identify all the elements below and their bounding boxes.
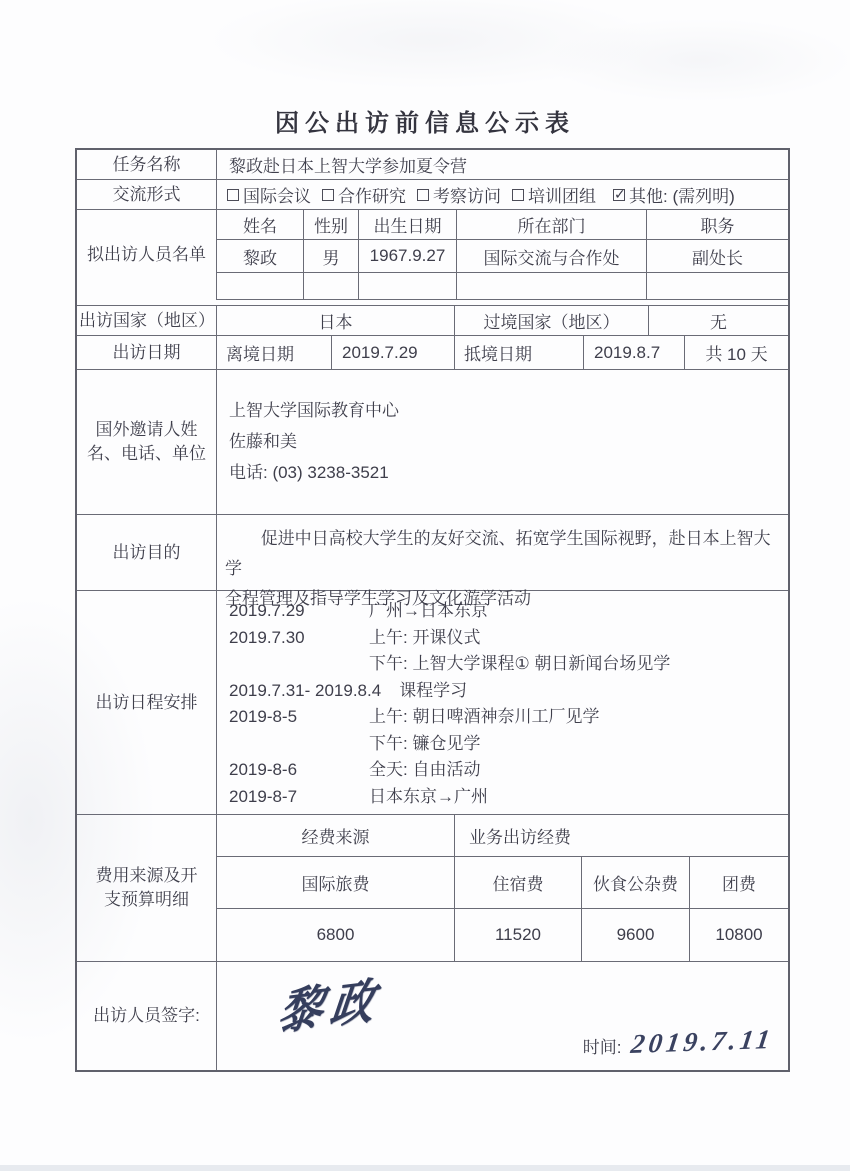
budget-label: 费用来源及开支预算明细 — [77, 815, 217, 961]
inviter-phone: 电话: (03) 3238-3521 — [229, 462, 788, 484]
col-header-department: 所在部门 — [457, 210, 647, 239]
personnel-label: 拟出访人员名单 — [77, 210, 217, 300]
visit-dates-label: 出访日期 — [77, 336, 217, 369]
duration-value: 共 10 天 — [685, 336, 788, 369]
budget-value-row: 6800 11520 9600 10800 — [217, 909, 788, 961]
person-gender: 男 — [304, 240, 359, 272]
itinerary-date — [229, 651, 351, 678]
itinerary-entry: 2019.7.29 广州→日本东京 — [229, 598, 788, 625]
itinerary-activity: 上午: 朝日啤酒神奈川工厂见学 — [369, 704, 599, 731]
itinerary-entry: 2019.7.30 上午: 开课仪式 — [229, 625, 788, 652]
empty-cell — [217, 273, 304, 299]
itinerary-date: 2019.7.30 — [229, 625, 351, 652]
inviter-info: 上智大学国际教育中心 佐藤和美 电话: (03) 3238-3521 — [217, 370, 788, 514]
row-itinerary: 出访日程安排 2019.7.29 广州→日本东京 2019.7.30 上午: 开… — [77, 591, 788, 815]
budget-type-header: 业务出访经费 — [455, 815, 788, 857]
purpose-text: 促进中日高校大学生的友好交流、拓宽学生国际视野，赴日本上智大学 全程管理及指导学… — [217, 515, 788, 590]
checkbox-unchecked-icon — [417, 189, 429, 201]
time-label: 时间: — [583, 1033, 622, 1058]
personnel-header-row: 姓名 性别 出生日期 所在部门 职务 — [217, 210, 788, 240]
time-handwritten-value: 2019.7.11 — [629, 1024, 776, 1060]
empty-cell — [304, 273, 359, 299]
transit-country-value: 无 — [649, 306, 788, 335]
budget-cat-meals: 伙食公杂费 — [582, 857, 690, 909]
inviter-name: 佐藤和美 — [229, 431, 788, 453]
personnel-table: 姓名 性别 出生日期 所在部门 职务 黎政 男 1967.9.27 国际交流与合… — [217, 210, 788, 300]
budget-cat-international-travel: 国际旅费 — [217, 857, 455, 909]
destination-country-value: 日本 — [217, 306, 455, 335]
task-name-value: 黎政赴日本上智大学参加夏令营 — [217, 150, 788, 179]
option-other: 其他: (需列明) — [613, 182, 735, 207]
col-header-gender: 性别 — [304, 210, 359, 239]
exchange-type-label: 交流形式 — [77, 180, 217, 209]
itinerary-entry: 下午: 镰仓见学 — [229, 731, 788, 758]
budget-val-accommodation: 11520 — [455, 909, 582, 961]
person-birthdate: 1967.9.27 — [359, 240, 457, 272]
row-countries: 出访国家（地区） 日本 过境国家（地区） 无 — [77, 306, 788, 336]
row-personnel: 拟出访人员名单 姓名 性别 出生日期 所在部门 职务 黎政 男 1967.9.2… — [77, 210, 788, 306]
page-title: 因公出访前信息公示表 — [0, 103, 850, 138]
itinerary-list: 2019.7.29 广州→日本东京 2019.7.30 上午: 开课仪式 下午:… — [217, 591, 788, 814]
inviter-label: 国外邀请人姓名、电话、单位 — [77, 370, 217, 514]
row-signature: 出访人员签字: 黎政 时间: 2019.7.11 — [77, 962, 788, 1070]
itinerary-activity: 全天: 自由活动 — [369, 757, 480, 784]
budget-header-row: 经费来源 业务出访经费 — [217, 815, 788, 857]
itinerary-entry: 2019.7.31- 2019.8.4 课程学习 — [229, 678, 788, 705]
itinerary-activity: 上午: 开课仪式 — [369, 625, 480, 652]
exchange-options: 国际会议 合作研究 考察访问 培训团组 其他: (需列明) — [217, 180, 788, 209]
budget-category-row: 国际旅费 住宿费 伙食公杂费 团费 — [217, 857, 788, 909]
arrival-date-label: 抵境日期 — [455, 336, 584, 369]
option-label: 国际会议 — [243, 182, 311, 207]
dates-cells: 离境日期 2019.7.29 抵境日期 2019.8.7 共 10 天 — [217, 336, 788, 369]
row-exchange-type: 交流形式 国际会议 合作研究 考察访问 培训团组 — [77, 180, 788, 210]
budget-source-header: 经费来源 — [217, 815, 455, 857]
signature-area: 黎政 时间: 2019.7.11 — [217, 962, 788, 1070]
departure-date-value: 2019.7.29 — [332, 336, 455, 369]
arrival-date-value: 2019.8.7 — [584, 336, 685, 369]
empty-cell — [647, 273, 788, 299]
person-position: 副处长 — [647, 240, 788, 272]
signature-label: 出访人员签字: — [77, 962, 217, 1070]
option-label: 合作研究 — [338, 182, 406, 207]
empty-cell — [457, 273, 647, 299]
itinerary-activity: 日本东京→广州 — [369, 784, 488, 811]
checkbox-unchecked-icon — [322, 189, 334, 201]
purpose-line: 促进中日高校大学生的友好交流、拓宽学生国际视野，赴日本上智大学 — [225, 524, 778, 584]
form-table: 任务名称 黎政赴日本上智大学参加夏令营 交流形式 国际会议 合作研究 考察访问 — [75, 148, 790, 1072]
countries-cells: 日本 过境国家（地区） 无 — [217, 306, 788, 335]
person-name: 黎政 — [217, 240, 304, 272]
checkbox-checked-icon — [613, 189, 625, 201]
itinerary-entry: 2019-8-5 上午: 朝日啤酒神奈川工厂见学 — [229, 704, 788, 731]
col-header-name: 姓名 — [217, 210, 304, 239]
col-header-birthdate: 出生日期 — [359, 210, 457, 239]
scanned-form-page: 因公出访前信息公示表 任务名称 黎政赴日本上智大学参加夏令营 交流形式 国际会议… — [0, 0, 850, 1171]
option-label: 考察访问 — [433, 182, 501, 207]
checkbox-unchecked-icon — [227, 189, 239, 201]
budget-val-group-fee: 10800 — [690, 909, 788, 961]
scan-edge-artifact — [0, 1165, 850, 1171]
itinerary-activity: 课程学习 — [399, 678, 467, 705]
itinerary-activity: 下午: 上智大学课程① 朝日新闻台场见学 — [369, 651, 670, 678]
budget-val-meals: 9600 — [582, 909, 690, 961]
departure-date-label: 离境日期 — [217, 336, 332, 369]
row-task-name: 任务名称 黎政赴日本上智大学参加夏令营 — [77, 150, 788, 180]
signature-time: 时间: 2019.7.11 — [583, 1029, 772, 1060]
itinerary-activity: 下午: 镰仓见学 — [369, 731, 480, 758]
personnel-empty-row — [217, 273, 788, 300]
option-label: 其他: (需列明) — [629, 182, 735, 207]
itinerary-date: 2019.7.31- 2019.8.4 — [229, 678, 381, 705]
itinerary-date: 2019-8-5 — [229, 704, 351, 731]
transit-country-label: 过境国家（地区） — [455, 306, 649, 335]
signature-handwriting: 黎政 — [275, 960, 387, 1043]
option-inspection-visit: 考察访问 — [417, 182, 501, 207]
row-budget: 费用来源及开支预算明细 经费来源 业务出访经费 国际旅费 住宿费 伙食公杂费 团… — [77, 815, 788, 962]
itinerary-entry: 2019-8-7 日本东京→广州 — [229, 784, 788, 811]
task-name-label: 任务名称 — [77, 150, 217, 179]
option-label: 培训团组 — [528, 182, 596, 207]
itinerary-entry: 下午: 上智大学课程① 朝日新闻台场见学 — [229, 651, 788, 678]
itinerary-date — [229, 731, 351, 758]
itinerary-date: 2019-8-6 — [229, 757, 351, 784]
row-purpose: 出访目的 促进中日高校大学生的友好交流、拓宽学生国际视野，赴日本上智大学 全程管… — [77, 515, 788, 591]
budget-val-international-travel: 6800 — [217, 909, 455, 961]
personnel-data-row: 黎政 男 1967.9.27 国际交流与合作处 副处长 — [217, 240, 788, 273]
row-dates: 出访日期 离境日期 2019.7.29 抵境日期 2019.8.7 共 10 天 — [77, 336, 788, 370]
col-header-position: 职务 — [647, 210, 788, 239]
person-department: 国际交流与合作处 — [457, 240, 647, 272]
option-training-group: 培训团组 — [512, 182, 596, 207]
itinerary-date: 2019-8-7 — [229, 784, 351, 811]
inviter-organization: 上智大学国际教育中心 — [229, 400, 788, 422]
checkbox-unchecked-icon — [512, 189, 524, 201]
budget-cat-accommodation: 住宿费 — [455, 857, 582, 909]
budget-table: 经费来源 业务出访经费 国际旅费 住宿费 伙食公杂费 团费 6800 11520… — [217, 815, 788, 961]
itinerary-label: 出访日程安排 — [77, 591, 217, 814]
itinerary-entry: 2019-8-6 全天: 自由活动 — [229, 757, 788, 784]
itinerary-activity: 广州→日本东京 — [369, 598, 488, 625]
empty-cell — [359, 273, 457, 299]
row-inviter: 国外邀请人姓名、电话、单位 上智大学国际教育中心 佐藤和美 电话: (03) 3… — [77, 370, 788, 515]
destination-country-label: 出访国家（地区） — [77, 306, 217, 335]
itinerary-date: 2019.7.29 — [229, 598, 351, 625]
option-cooperative-research: 合作研究 — [322, 182, 406, 207]
budget-cat-group-fee: 团费 — [690, 857, 788, 909]
option-international-conference: 国际会议 — [227, 182, 311, 207]
purpose-label: 出访目的 — [77, 515, 217, 590]
